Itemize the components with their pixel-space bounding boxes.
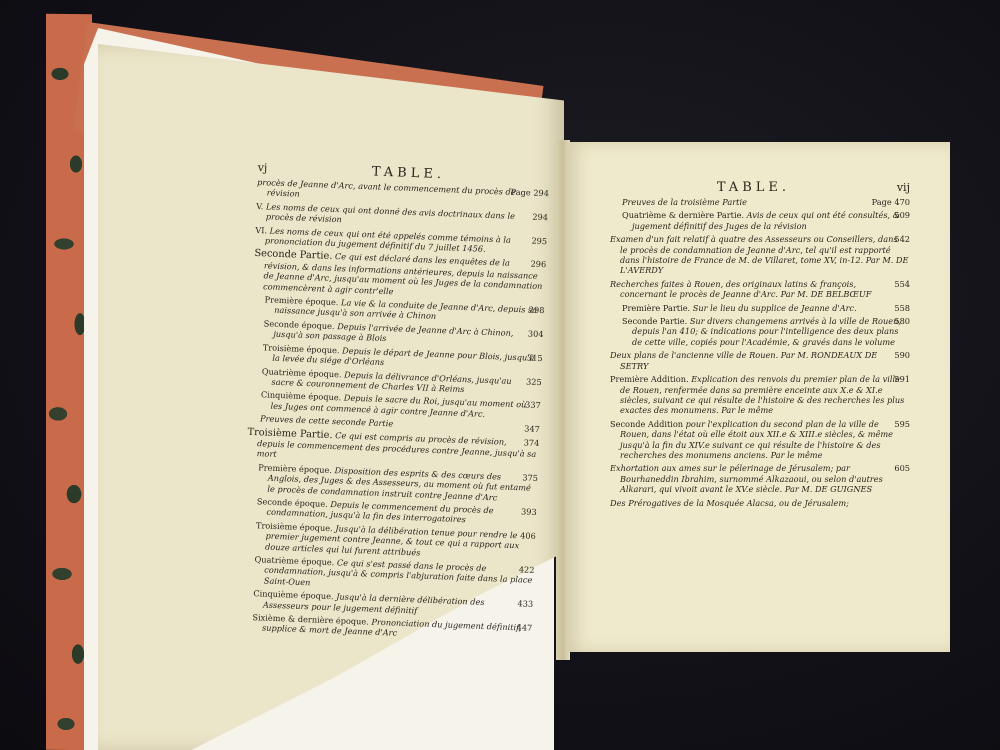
entry-heading: Première Partie.	[622, 303, 690, 313]
entry-heading: V.	[256, 201, 263, 211]
page-number: 304	[538, 329, 544, 340]
right-page-header: TABLE. vij	[610, 180, 910, 195]
page-number: 347	[534, 424, 540, 435]
page-number: 393	[531, 507, 537, 518]
toc-entry: 605 Exhortation aux ames sur le pélerina…	[610, 463, 910, 494]
toc-entry: 558Première Partie. Sur le lieu du suppl…	[610, 303, 910, 313]
toc-entry: 580Seconde Partie. Sur divers changemens…	[610, 316, 910, 347]
page-number: Page 470	[882, 197, 910, 207]
toc-entries: Page 470 Preuves de la troisième Partie5…	[610, 197, 910, 508]
entry-description: Preuves de cette seconde Partie	[260, 413, 393, 428]
page-number: 422	[529, 565, 535, 576]
entry-heading: Seconde Partie.	[622, 316, 687, 326]
entry-description: Examen d'un fait relatif à quatre des As…	[610, 234, 908, 275]
page-number: 433	[527, 599, 533, 610]
page-number: 558	[904, 303, 910, 313]
entry-heading: VI.	[255, 225, 267, 235]
toc-entry: 595Seconde Addition pour l'explication d…	[610, 419, 910, 461]
toc-entry: Page 470 Preuves de la troisième Partie	[610, 197, 910, 207]
toc-entry: 590 Deux plans de l'ancienne ville de Ro…	[610, 350, 910, 371]
entry-heading: Première Addition.	[610, 374, 689, 384]
page-number: 542	[904, 234, 910, 244]
page-number: 298	[539, 305, 545, 316]
entry-description: Recherches faites à Rouen, des originaux…	[610, 279, 871, 299]
page-number: Page 294	[520, 187, 549, 198]
entry-description: Exhortation aux ames sur le pélerinage d…	[610, 463, 883, 494]
toc-entry: 591Première Addition. Explication des re…	[610, 374, 910, 416]
page-number: 509	[904, 210, 910, 220]
page-number: 591	[904, 374, 910, 384]
entry-heading: Seconde Addition	[610, 419, 683, 429]
page-number: 337	[535, 400, 541, 411]
entry-description: Sur le lieu du supplice de Jeanne d'Arc.	[693, 303, 857, 313]
left-page-text: vj TABLE. Page 294 procès de Jeanne d'Ar…	[240, 160, 550, 647]
entry-description: Des Prérogatives de la Mosquée Alacsa, o…	[610, 498, 849, 508]
page-folio: vj	[257, 161, 267, 174]
page-number: 605	[904, 463, 910, 473]
page-number: 406	[530, 531, 536, 542]
page-number: 296	[540, 259, 546, 270]
page-number: 315	[537, 353, 543, 364]
toc-entry: 554 Recherches faites à Rouen, des origi…	[610, 279, 910, 300]
entry-description: Preuves de la troisième Partie	[622, 197, 747, 207]
toc-entry: 509Quatrième & dernière Partie. Avis de …	[610, 210, 910, 231]
page-number: 294	[542, 212, 548, 223]
page-number: 447	[526, 623, 532, 634]
entry-heading: Quatrième & dernière Partie.	[622, 210, 744, 220]
right-page-text: TABLE. vij Page 470 Preuves de la troisi…	[610, 180, 910, 511]
toc-entry: Des Prérogatives de la Mosquée Alacsa, o…	[610, 498, 910, 508]
page-number: 590	[904, 350, 910, 360]
page-number: 554	[904, 279, 910, 289]
page-number: 375	[532, 473, 538, 484]
toc-entry: 542 Examen d'un fait relatif à quatre de…	[610, 234, 910, 276]
page-folio: vij	[897, 181, 910, 194]
page-number: 325	[536, 376, 542, 387]
entry-description: Deux plans de l'ancienne ville de Rouen.…	[610, 350, 877, 370]
page-number: 295	[541, 236, 547, 247]
page-number: 374	[534, 437, 540, 448]
page-title: TABLE.	[610, 180, 897, 195]
page-number: 580	[904, 316, 910, 326]
toc-entries: Page 294 procès de Jeanne d'Arc, avant l…	[240, 177, 549, 644]
page-number: 595	[904, 419, 910, 429]
toc-entry: 296Seconde Partie. Ce qui est déclaré da…	[253, 248, 546, 302]
